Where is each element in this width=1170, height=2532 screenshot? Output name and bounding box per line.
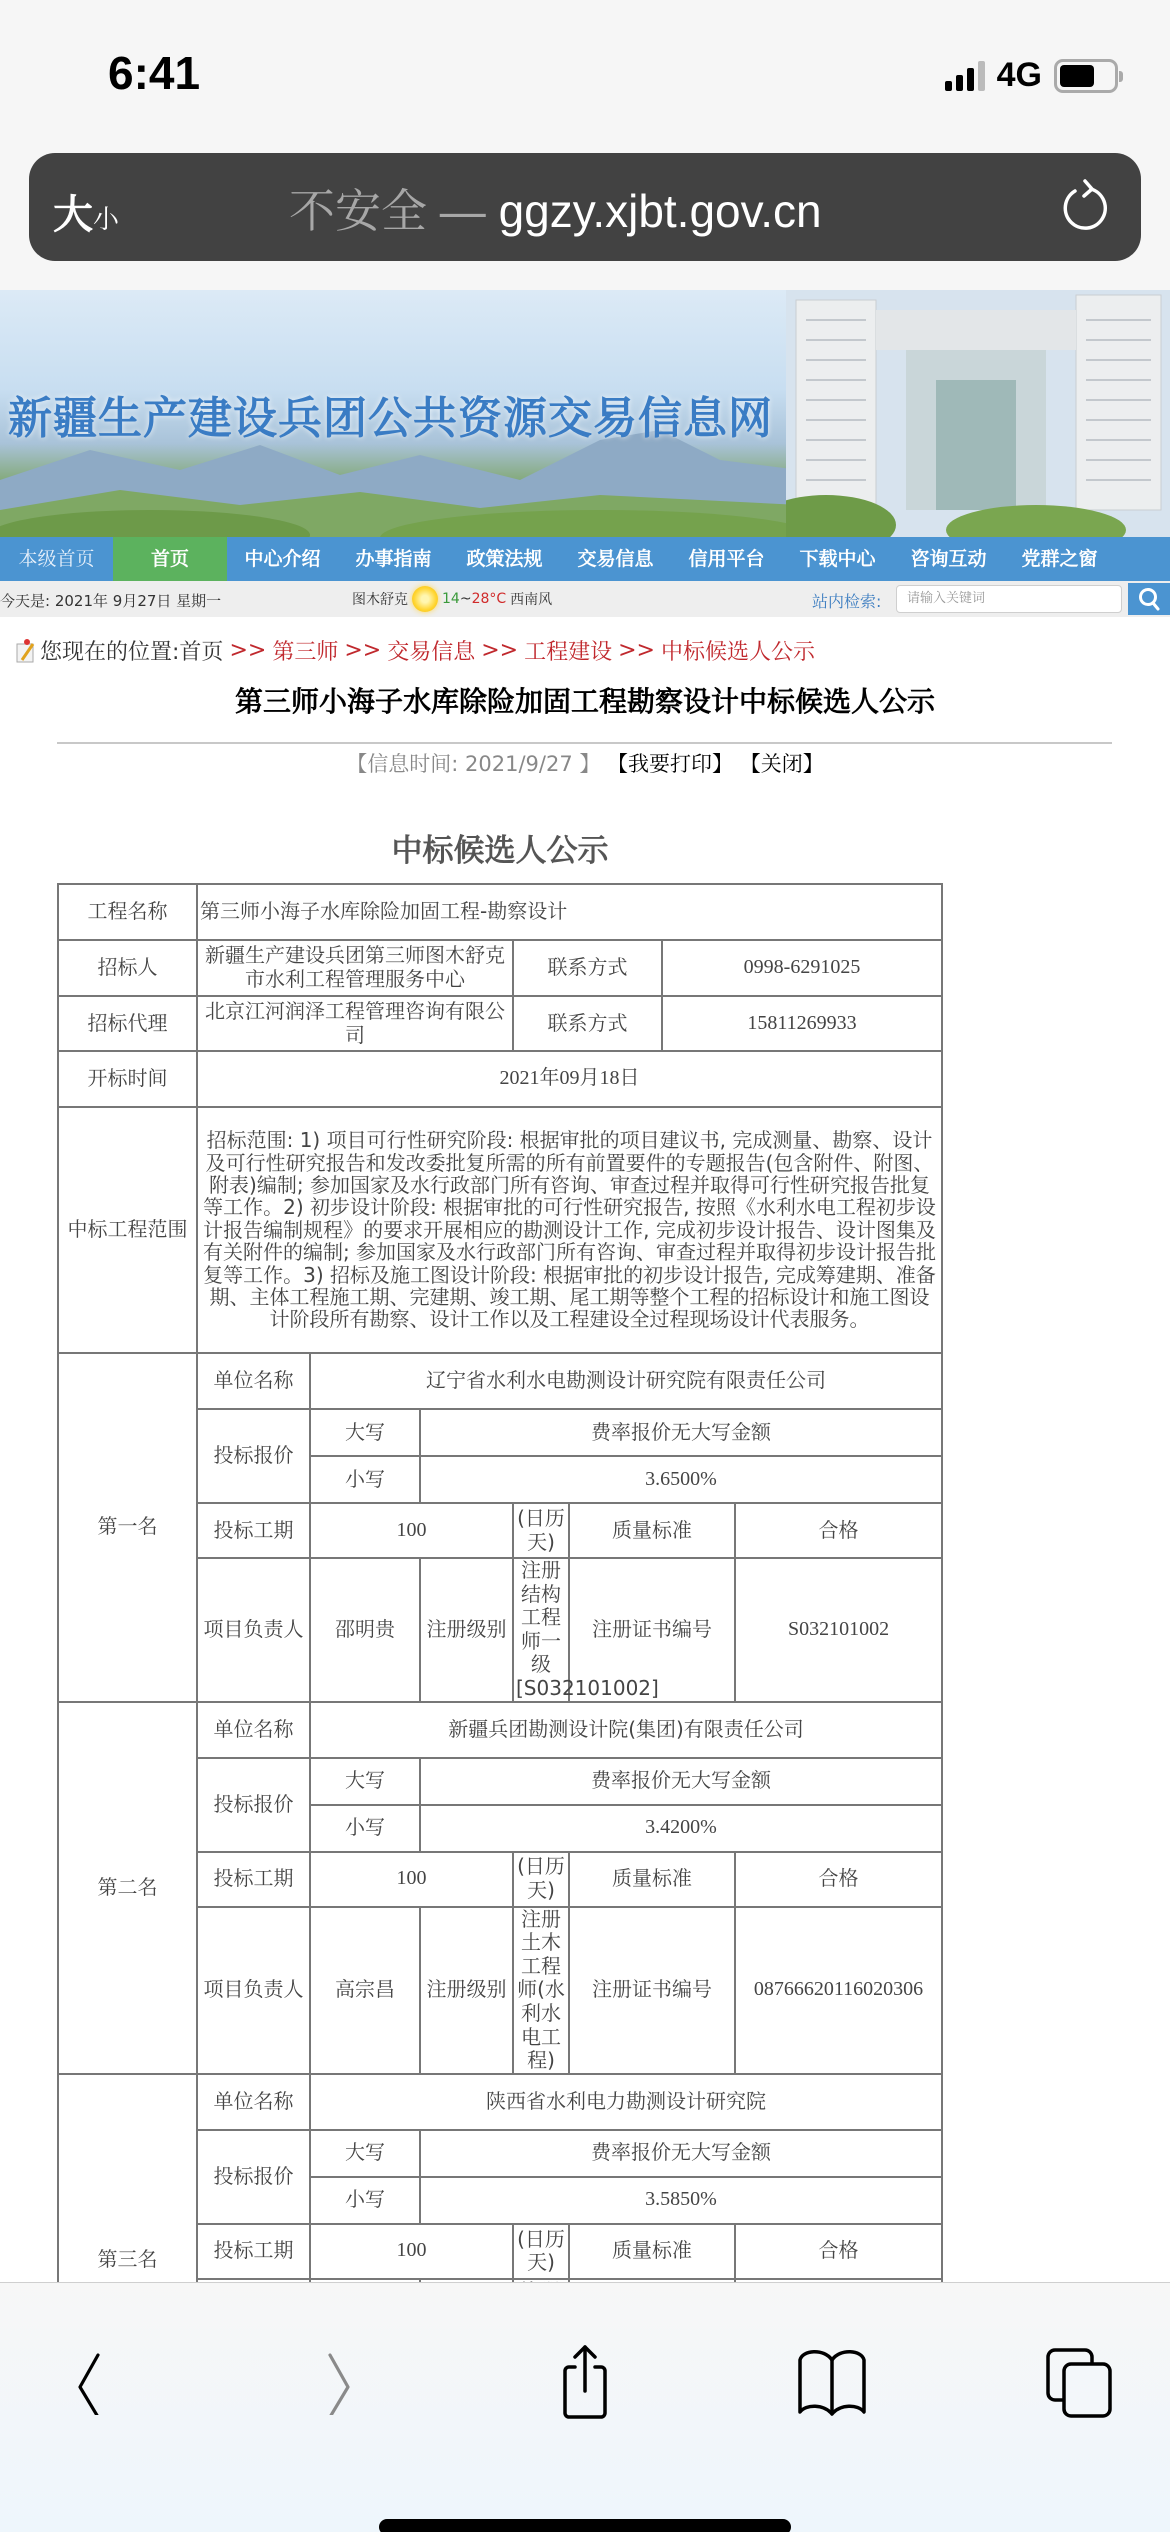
book-icon: [794, 2348, 870, 2418]
lower-label: 小写: [310, 1456, 420, 1503]
nav-policy[interactable]: 政策法规: [449, 537, 560, 581]
rank-2: 第二名: [58, 1702, 197, 2074]
text-size-small: 小: [93, 205, 119, 235]
status-time: 6:41: [108, 46, 200, 100]
candidate-1-reg-level: 注册结构工程师一级[S032101002]: [513, 1558, 569, 1702]
nav-credit[interactable]: 信用平台: [671, 537, 782, 581]
chevron-right-icon: [320, 2351, 360, 2415]
nav-local-home[interactable]: 本级首页: [0, 537, 113, 581]
unit-name-label: 单位名称: [197, 2074, 310, 2130]
candidate-3-quality: 合格: [735, 2224, 942, 2279]
project-name-label: 工程名称: [58, 884, 197, 940]
bid-price-label: 投标报价: [197, 1409, 310, 1503]
back-button[interactable]: [48, 2343, 128, 2423]
candidate-2-unit: 新疆兵团勘测设计院(集团)有限责任公司: [310, 1702, 942, 1758]
today-label: 今天是:: [0, 592, 55, 610]
address-bar[interactable]: 大小 不安全 — ggzy.xjbt.gov.cn: [29, 153, 1141, 261]
lower-label: 小写: [310, 2177, 420, 2224]
candidate-1-manager: 邵明贵: [310, 1558, 420, 1702]
candidate-1-price-lower: 3.6500%: [420, 1456, 942, 1503]
nav-party[interactable]: 党群之窗: [1004, 537, 1115, 581]
breadcrumb-sep: >>: [618, 638, 655, 663]
today-value: 2021年 9月27日 星期一: [55, 592, 221, 610]
duration-unit: (日历天): [513, 2224, 569, 2279]
temp-high: 28°C: [472, 591, 507, 607]
nav-consult[interactable]: 咨询互动: [893, 537, 1004, 581]
upper-label: 大写: [310, 1758, 420, 1805]
battery-icon: [1054, 59, 1118, 93]
status-bar: 6:41 4G: [0, 0, 1170, 150]
url-domain: ggzy.xjbt.gov.cn: [499, 185, 822, 237]
print-link[interactable]: 【我要打印】: [607, 752, 733, 776]
info-time: 【信息时间: 2021/9/27 】: [346, 752, 600, 776]
scope-text: 招标范围: 1) 项目可行性研究阶段: 根据审批的项目建议书, 完成测量、勘察、…: [197, 1107, 942, 1353]
info-strip: 今天是: 2021年 9月27日 星期一 图木舒克 14~28°C 西南风 站内…: [0, 581, 1170, 617]
candidate-row: 第二名 单位名称 新疆兵团勘测设计院(集团)有限责任公司: [58, 1702, 942, 1758]
candidate-1-quality: 合格: [735, 1503, 942, 1558]
agent-contact-label: 联系方式: [513, 996, 662, 1051]
manager-label: 项目负责人: [197, 1907, 310, 2074]
share-icon: [555, 2343, 615, 2423]
table-row: 开标时间 2021年09月18日: [58, 1051, 942, 1107]
site-banner: 新疆生产建设兵团公共资源交易信息网: [0, 290, 1170, 537]
breadcrumb-sep: >>: [229, 638, 266, 663]
article-meta: 【信息时间: 2021/9/27 】 【我要打印】 【关闭】: [0, 748, 1170, 778]
breadcrumb: 您现在的位置: 首页 >> 第三师 >> 交易信息 >> 工程建设 >> 中标候…: [16, 635, 815, 666]
signal-icon: [945, 61, 985, 91]
text-size-button[interactable]: 大小: [53, 183, 119, 240]
breadcrumb-sep: >>: [481, 638, 518, 663]
bid-price-label: 投标报价: [197, 2130, 310, 2224]
candidate-2-reg-level: 注册土木工程师(水利水电工程): [513, 1907, 569, 2074]
temp-sep: ~: [460, 591, 472, 607]
breadcrumb-third-division[interactable]: 第三师: [272, 635, 338, 666]
agent-contact: 15811269933: [662, 996, 942, 1051]
open-time-label: 开标时间: [58, 1051, 197, 1107]
article-title: 第三师小海子水库除险加固工程勘察设计中标候选人公示: [0, 680, 1170, 720]
table-row: 招标人 新疆生产建设兵团第三师图木舒克市水利工程管理服务中心 联系方式 0998…: [58, 940, 942, 996]
tenderer-label: 招标人: [58, 940, 197, 996]
temp-low: 14: [442, 591, 460, 607]
bid-price-label: 投标报价: [197, 1758, 310, 1852]
candidate-2-price-upper: 费率报价无大写金额: [420, 1758, 942, 1805]
candidate-2-price-lower: 3.4200%: [420, 1805, 942, 1852]
share-button[interactable]: [545, 2343, 625, 2423]
table-row: 工程名称 第三师小海子水库除险加固工程-勘察设计: [58, 884, 942, 940]
quality-label: 质量标准: [569, 1852, 735, 1907]
agent-label: 招标代理: [58, 996, 197, 1051]
duration-unit: (日历天): [513, 1852, 569, 1907]
network-type: 4G: [997, 56, 1042, 95]
candidate-row: 第三名 单位名称 陕西省水利电力勘测设计研究院: [58, 2074, 942, 2130]
duration-label: 投标工期: [197, 1852, 310, 1907]
search-icon: [1138, 587, 1160, 611]
security-warning: 不安全 —: [289, 185, 499, 237]
candidate-1-cert-no: S032101002: [735, 1558, 942, 1702]
sun-icon: [412, 586, 438, 612]
search-label: 站内检索:: [812, 589, 881, 612]
bookmarks-button[interactable]: [792, 2343, 872, 2423]
tabs-button[interactable]: [1040, 2343, 1120, 2423]
breadcrumb-sep: >>: [344, 638, 381, 663]
breadcrumb-construction[interactable]: 工程建设: [524, 635, 612, 666]
breadcrumb-prefix: 您现在的位置:: [40, 635, 179, 666]
candidate-1-price-upper: 费率报价无大写金额: [420, 1409, 942, 1456]
candidate-row: 第一名 单位名称 辽宁省水利水电勘测设计研究院有限责任公司: [58, 1353, 942, 1409]
search-button[interactable]: [1128, 583, 1170, 615]
breadcrumb-candidates[interactable]: 中标候选人公示: [661, 635, 815, 666]
tenderer-contact-label: 联系方式: [513, 940, 662, 996]
unit-name-label: 单位名称: [197, 1353, 310, 1409]
today-date: 今天是: 2021年 9月27日 星期一: [0, 590, 221, 611]
breadcrumb-trade-info[interactable]: 交易信息: [387, 635, 475, 666]
duration-label: 投标工期: [197, 1503, 310, 1558]
tenderer: 新疆生产建设兵团第三师图木舒克市水利工程管理服务中心: [197, 940, 513, 996]
scope-label: 中标工程范围: [58, 1107, 197, 1353]
home-indicator[interactable]: [379, 2519, 791, 2532]
unit-name-label: 单位名称: [197, 1702, 310, 1758]
nav-download[interactable]: 下载中心: [782, 537, 893, 581]
candidate-3-price-lower: 3.5850%: [420, 2177, 942, 2224]
nav-center-intro[interactable]: 中心介绍: [227, 537, 338, 581]
cert-no-label: 注册证书编号: [569, 1907, 735, 2074]
nav-home[interactable]: 首页: [113, 537, 227, 581]
search-input[interactable]: 请输入关键词: [896, 585, 1122, 613]
table-row: 招标代理 北京江河润泽工程管理咨询有限公司 联系方式 15811269933: [58, 996, 942, 1051]
forward-button[interactable]: [300, 2343, 380, 2423]
candidate-3-price-upper: 费率报价无大写金额: [420, 2130, 942, 2177]
quality-label: 质量标准: [569, 1503, 735, 1558]
quality-label: 质量标准: [569, 2224, 735, 2279]
nav-guide[interactable]: 办事指南: [338, 537, 449, 581]
browser-toolbar: [0, 2282, 1170, 2532]
lower-label: 小写: [310, 1805, 420, 1852]
candidate-3-duration: 100: [310, 2224, 513, 2279]
project-name: 第三师小海子水库除险加固工程-勘察设计: [197, 884, 942, 940]
tenderer-contact: 0998-6291025: [662, 940, 942, 996]
rank-3: 第三名: [58, 2074, 197, 2282]
candidate-2-manager: 高宗昌: [310, 1907, 420, 2074]
candidate-2-quality: 合格: [735, 1852, 942, 1907]
text-size-big: 大: [53, 192, 93, 238]
upper-label: 大写: [310, 1409, 420, 1456]
close-link[interactable]: 【关闭】: [740, 752, 824, 776]
upper-label: 大写: [310, 2130, 420, 2177]
site-title: 新疆生产建设兵团公共资源交易信息网: [8, 382, 773, 446]
candidate-2-cert-no: 08766620116020306: [735, 1907, 942, 2074]
location-pencil-icon: [16, 638, 38, 664]
candidate-1-unit: 辽宁省水利水电勘测设计研究院有限责任公司: [310, 1353, 942, 1409]
reg-level-label: 注册级别: [420, 1558, 513, 1702]
section-heading: 中标候选人公示: [0, 825, 1000, 870]
wind: 西南风: [510, 589, 552, 609]
breadcrumb-home[interactable]: 首页: [179, 635, 223, 666]
candidates-table: 工程名称 第三师小海子水库除险加固工程-勘察设计 招标人 新疆生产建设兵团第三师…: [57, 883, 943, 2282]
title-divider: [57, 742, 1112, 744]
rank-1: 第一名: [58, 1353, 197, 1702]
main-nav: 本级首页 首页 中心介绍 办事指南 政策法规 交易信息 信用平台 下载中心 咨询…: [0, 537, 1170, 581]
agent: 北京江河润泽工程管理咨询有限公司: [197, 996, 513, 1051]
weather-widget: 图木舒克 14~28°C 西南风: [352, 586, 552, 612]
tabs-icon: [1044, 2348, 1116, 2418]
candidate-1-duration: 100: [310, 1503, 513, 1558]
building-illustration: [786, 290, 1170, 537]
chevron-left-icon: [68, 2351, 108, 2415]
candidate-3-unit: 陕西省水利电力勘测设计研究院: [310, 2074, 942, 2130]
weather-city: 图木舒克: [352, 589, 408, 609]
table-row: 中标工程范围 招标范围: 1) 项目可行性研究阶段: 根据审批的项目建议书, 完…: [58, 1107, 942, 1353]
web-page: 新疆生产建设兵团公共资源交易信息网 本级首页 首页 中心介绍 办事指南 政策法规…: [0, 290, 1170, 2282]
candidate-2-duration: 100: [310, 1852, 513, 1907]
status-indicators: 4G: [945, 56, 1118, 95]
reg-level-label: 注册级别: [420, 1907, 513, 2074]
url-display[interactable]: 不安全 — ggzy.xjbt.gov.cn: [289, 175, 822, 241]
manager-label: 项目负责人: [197, 1558, 310, 1702]
duration-unit: (日历天): [513, 1503, 569, 1558]
open-time: 2021年09月18日: [197, 1051, 942, 1107]
duration-label: 投标工期: [197, 2224, 310, 2279]
nav-trade-info[interactable]: 交易信息: [560, 537, 671, 581]
reload-icon[interactable]: [1055, 179, 1111, 235]
